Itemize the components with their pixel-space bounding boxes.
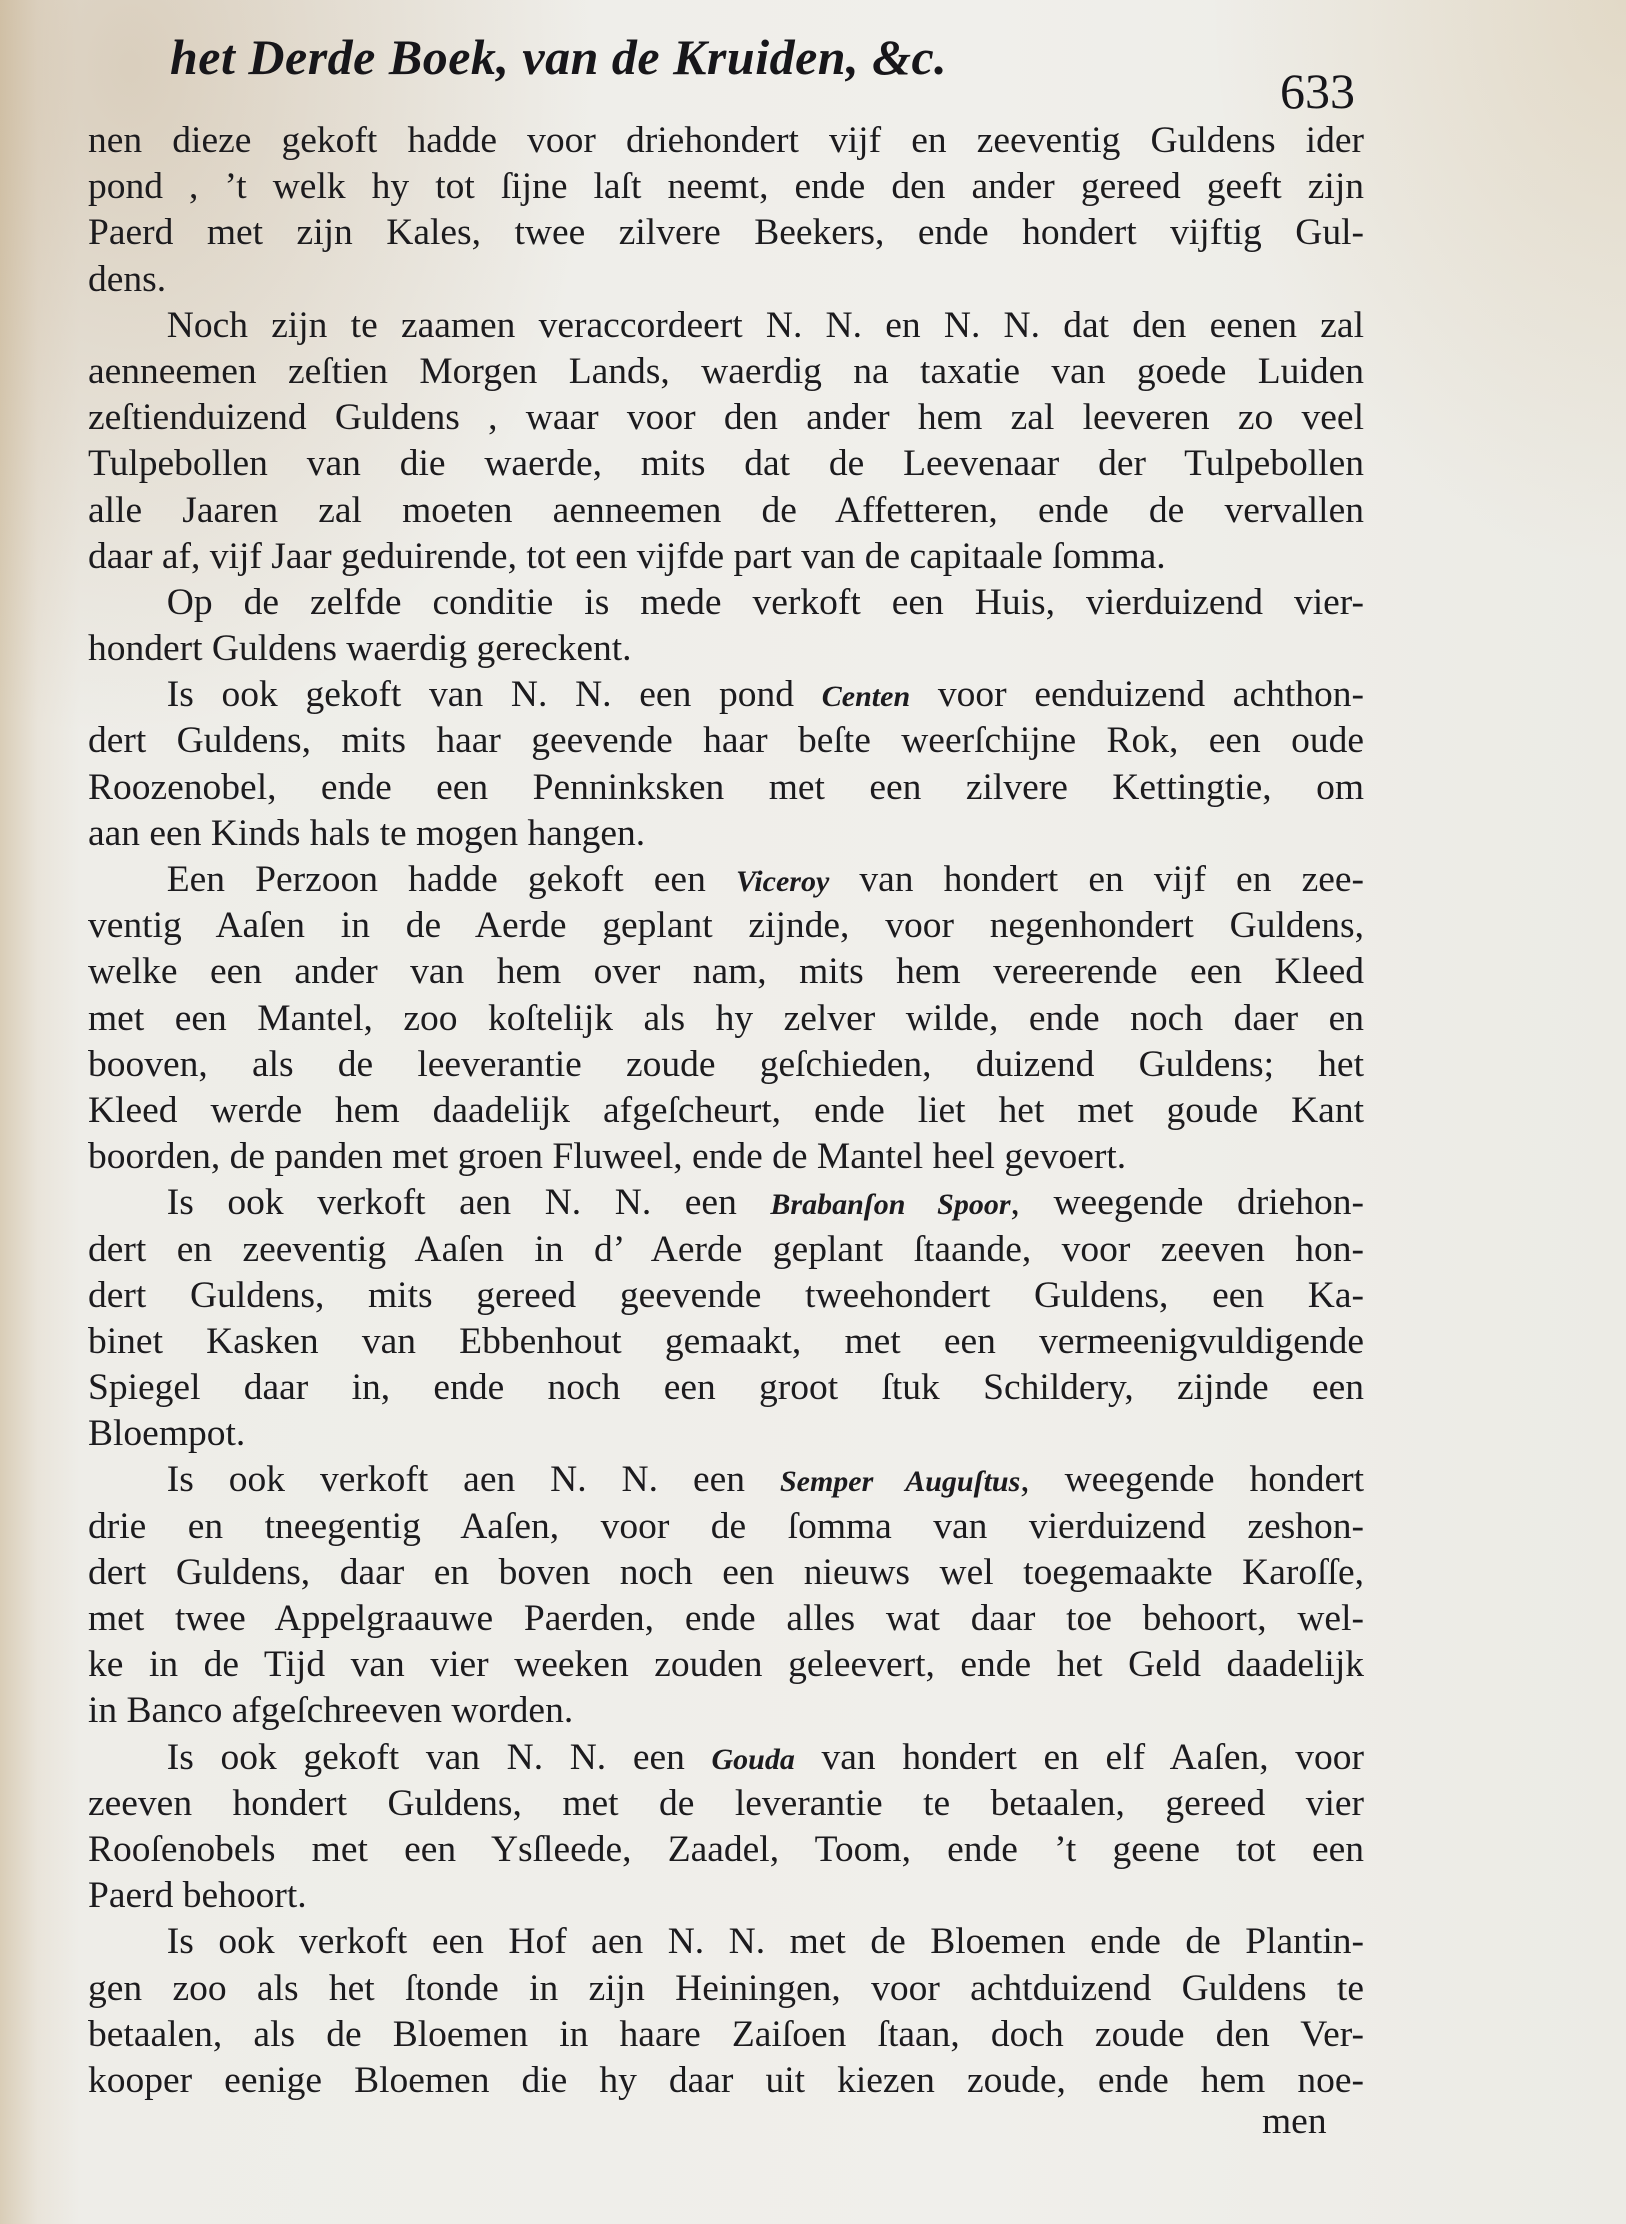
text-line: booven, als de leeverantie zoude geſchie… <box>88 1042 1364 1088</box>
tulip-variety-name: Semper Auguſtus <box>780 1465 1020 1498</box>
text-line: boorden, de panden met groen Fluweel, en… <box>88 1134 1364 1180</box>
tulip-variety-name: Viceroy <box>736 865 829 898</box>
text-line: Is ook gekoft van N. N. een pond Centen … <box>88 672 1364 718</box>
text-line: binet Kasken van Ebbenhout gemaakt, met … <box>88 1319 1364 1365</box>
book-page: het Derde Boek, van de Kruiden, &c. 633 … <box>0 0 1626 2224</box>
text-line: alle Jaaren zal moeten aenneemen de Affe… <box>88 488 1364 534</box>
text-line: Kleed werde hem daadelijk afgeſcheurt, e… <box>88 1088 1364 1134</box>
text-line: dens. <box>88 257 1364 303</box>
text-line: drie en tneegentig Aaſen, voor de ſomma … <box>88 1504 1364 1550</box>
text-line: zeſtienduizend Guldens , waar voor den a… <box>88 395 1364 441</box>
text-line: Paerd behoort. <box>88 1873 1364 1919</box>
tulip-variety-name: Gouda <box>712 1743 795 1776</box>
text-line: in Banco afgeſchreeven worden. <box>88 1688 1364 1734</box>
text-line: zeeven hondert Guldens, met de leveranti… <box>88 1781 1364 1827</box>
text-line: welke een ander van hem over nam, mits h… <box>88 949 1364 995</box>
text-line: met een Mantel, zoo koſtelijk als hy zel… <box>88 996 1364 1042</box>
text-line: Rooſenobels met een Ysſleede, Zaadel, To… <box>88 1827 1364 1873</box>
text-line: Bloempot. <box>88 1411 1364 1457</box>
text-line: ventig Aaſen in de Aerde geplant zijnde,… <box>88 903 1364 949</box>
text-line: met twee Appelgraauwe Paerden, ende alle… <box>88 1596 1364 1642</box>
text-line: aan een Kinds hals te mogen hangen. <box>88 811 1364 857</box>
text-line: Is ook verkoft aen N. N. een Brabanſon S… <box>88 1180 1364 1226</box>
tulip-variety-name: Brabanſon Spoor <box>770 1188 1010 1221</box>
text-line: Een Perzoon hadde gekoft een Viceroy van… <box>88 857 1364 903</box>
text-line: aenneemen zeſtien Morgen Lands, waerdig … <box>88 349 1364 395</box>
blank-margin <box>1380 0 1626 2224</box>
text-line: Roozenobel, ende een Penninksken met een… <box>88 765 1364 811</box>
text-line: Paerd met zijn Kales, twee zilvere Beeke… <box>88 210 1364 256</box>
text-line: Is ook verkoft aen N. N. een Semper Augu… <box>88 1457 1364 1503</box>
tulip-variety-name: Centen <box>822 680 910 713</box>
text-line: hondert Guldens waerdig gereckent. <box>88 626 1364 672</box>
catchword: men <box>1262 2100 1327 2143</box>
text-line: ke in de Tijd van vier weeken zouden gel… <box>88 1642 1364 1688</box>
text-line: Tulpebollen van die waerde, mits dat de … <box>88 441 1364 487</box>
text-line: Spiegel daar in, ende noch een groot ſtu… <box>88 1365 1364 1411</box>
text-line: dert Guldens, mits haar geevende haar be… <box>88 718 1364 764</box>
page-number: 633 <box>1280 62 1355 120</box>
text-line: Is ook gekoft van N. N. een Gouda van ho… <box>88 1735 1364 1781</box>
text-line: Op de zelfde conditie is mede verkoft ee… <box>88 580 1364 626</box>
text-line: dert Guldens, mits gereed geevende tweeh… <box>88 1273 1364 1319</box>
text-line: betaalen, als de Bloemen in haare Zaiſoe… <box>88 2012 1364 2058</box>
text-line: Is ook verkoft een Hof aen N. N. met de … <box>88 1919 1364 1965</box>
running-head: het Derde Boek, van de Kruiden, &c. <box>170 28 947 86</box>
text-line: Noch zijn te zaamen veraccordeert N. N. … <box>88 303 1364 349</box>
body-text: nen dieze gekoft hadde voor driehondert … <box>88 118 1364 2104</box>
text-line: gen zoo als het ſtonde in zijn Heiningen… <box>88 1966 1364 2012</box>
text-line: nen dieze gekoft hadde voor driehondert … <box>88 118 1364 164</box>
text-line: daar af, vijf Jaar geduirende, tot een v… <box>88 534 1364 580</box>
text-line: kooper eenige Bloemen die hy daar uit ki… <box>88 2058 1364 2104</box>
text-line: dert en zeeventig Aaſen in d’ Aerde gepl… <box>88 1227 1364 1273</box>
text-line: dert Guldens, daar en boven noch een nie… <box>88 1550 1364 1596</box>
text-line: pond , ’t welk hy tot ſijne laſt neemt, … <box>88 164 1364 210</box>
